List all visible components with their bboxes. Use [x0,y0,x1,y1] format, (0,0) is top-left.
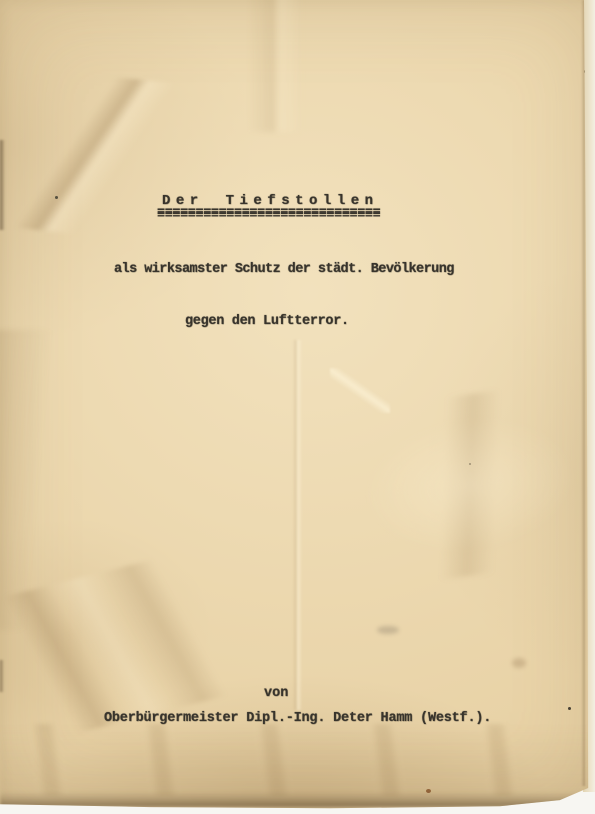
subtitle-line-1: als wirksamster Schutz der städt. Bevölk… [114,262,454,277]
paper-crease [330,368,390,413]
paper-speck [469,463,471,465]
author-line: Oberbürgermeister Dipl.-Ing. Deter Hamm … [104,711,491,726]
paper-center-fold [293,340,302,710]
title-underline: ============================= [157,206,380,221]
paper-edge-shadow [0,660,4,692]
byline-von: von [264,686,288,701]
paper-speck [568,707,571,710]
paper-speck [426,789,431,793]
paper-crease [0,330,60,630]
paper: Der Tiefstollen ========================… [0,0,595,814]
paper-smudge [512,658,526,668]
paper-smudge [377,626,399,634]
paper-edge-shadow [0,792,590,807]
paper-edge-shadow [0,140,5,230]
paper-speck [55,196,58,199]
paper-crease [248,0,303,132]
scan-background: Der Tiefstollen ========================… [0,0,595,814]
paper-crease [0,724,592,796]
paper-crease [339,379,595,591]
subtitle-line-2: gegen den Luftterror. [185,314,349,329]
paper-edge-fold [581,0,585,786]
